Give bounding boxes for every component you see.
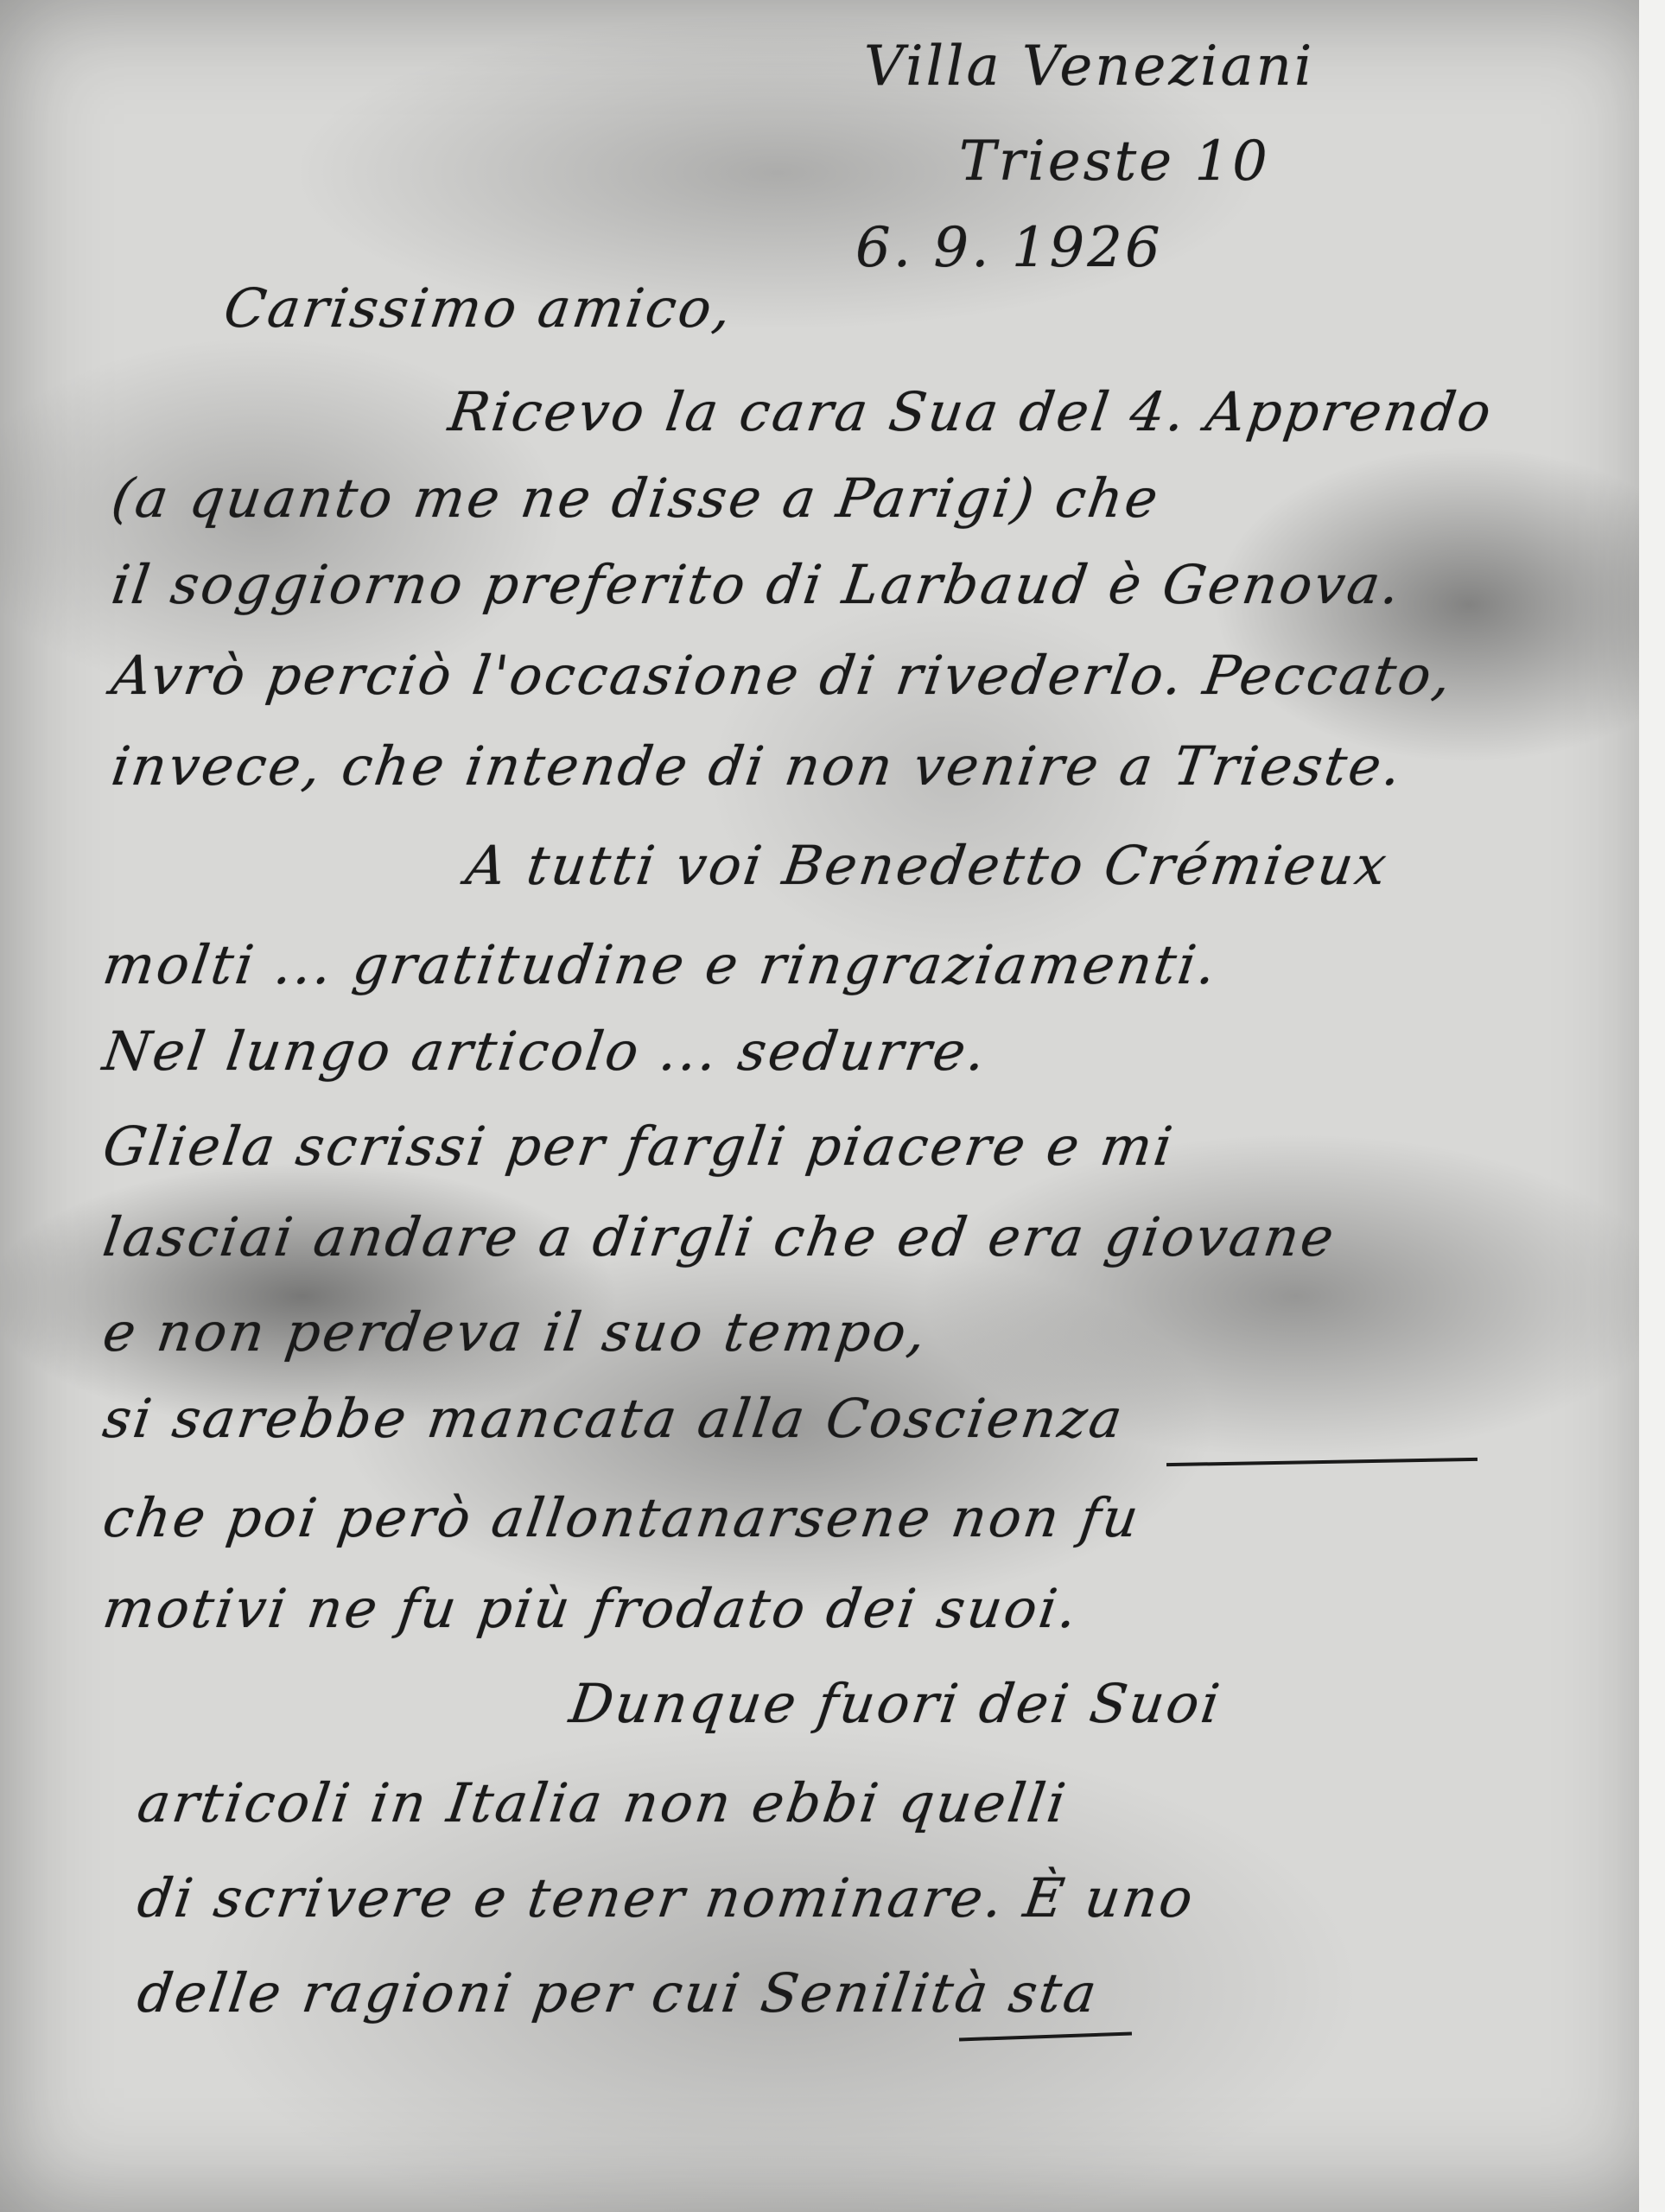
letter-line: molti ... gratitudine e ringraziamenti. bbox=[99, 933, 1223, 996]
letter-line: Nel lungo articolo ... sedurre. bbox=[99, 1020, 992, 1083]
letter-line: il soggiorno preferito di Larbaud è Geno… bbox=[108, 553, 1407, 616]
letter-line: Avrò perciò l'occasione di rivederlo. Pe… bbox=[108, 644, 1458, 707]
letter-line-senilita: delle ragioni per cui Senilità sta bbox=[134, 1961, 1103, 2024]
letter-line-text: si sarebbe mancata alla Coscienza bbox=[99, 1387, 1128, 1450]
letter-line: Dunque fuori dei Suoi bbox=[566, 1672, 1226, 1735]
letter-line: di scrivere e tener nominare. È uno bbox=[134, 1866, 1199, 1929]
letter-line: lasciai andare a dirgli che ed era giova… bbox=[99, 1205, 1340, 1268]
letter-line: motivi ne fu più frodato dei suoi. bbox=[99, 1577, 1084, 1640]
letter-line: che poi però allontanarsene non fu bbox=[99, 1486, 1145, 1549]
letter-line: invece, che intende di non venire a Trie… bbox=[108, 734, 1408, 798]
letter-line: Ricevo la cara Sua del 4. Apprendo bbox=[445, 380, 1497, 443]
letter-line: articoli in Italia non ebbi quelli bbox=[134, 1771, 1071, 1834]
letter-date: 6. 9. 1926 bbox=[855, 216, 1163, 280]
letter-city: Trieste 10 bbox=[959, 130, 1270, 194]
salutation: Carissimo amico, bbox=[220, 276, 738, 340]
letter-place: Villa Veneziani bbox=[864, 35, 1314, 99]
letter-line: A tutti voi Benedetto Crémieux bbox=[462, 834, 1393, 897]
letter-line: e non perdeva il suo tempo, bbox=[99, 1300, 932, 1363]
page-edge bbox=[1639, 0, 1665, 2212]
letter-line: Gliela scrissi per fargli piacere e mi bbox=[99, 1115, 1179, 1178]
letter-line-coscienza: si sarebbe mancata alla Coscienza bbox=[99, 1387, 1128, 1450]
letter-line: (a quanto me ne disse a Parigi) che bbox=[108, 467, 1164, 530]
